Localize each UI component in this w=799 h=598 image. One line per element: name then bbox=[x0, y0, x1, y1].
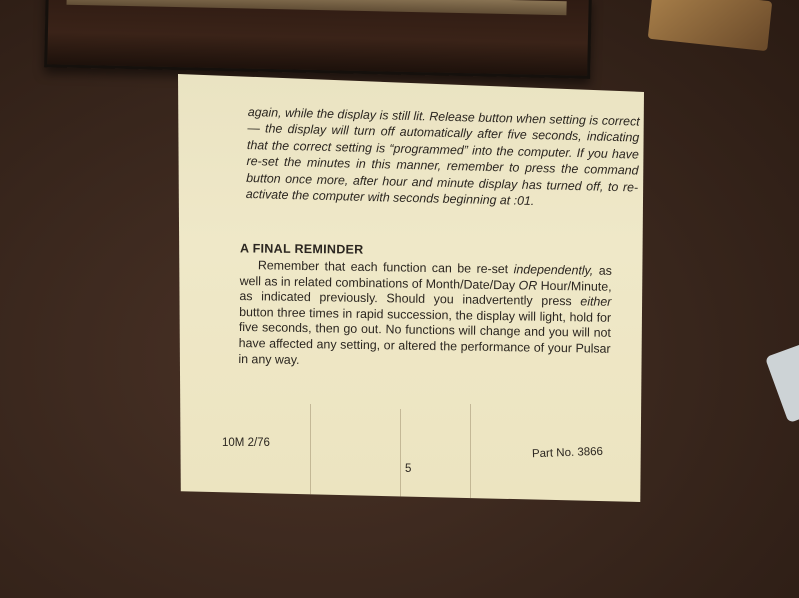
paper-crease bbox=[400, 409, 401, 502]
print-code: 10M 2/76 bbox=[222, 437, 270, 449]
paragraph-1: again, while the display is still lit. R… bbox=[246, 104, 640, 212]
page-number: 5 bbox=[405, 463, 411, 475]
emphasis-independently: independently, bbox=[514, 262, 594, 277]
watch-box bbox=[44, 0, 592, 79]
paragraph-2-text: button three times in rapid succession, … bbox=[238, 305, 611, 367]
wooden-block bbox=[648, 0, 773, 51]
paper-crease bbox=[310, 404, 311, 502]
emphasis-or: OR bbox=[519, 278, 538, 292]
continued-paragraph: again, while the display is still lit. R… bbox=[246, 104, 640, 212]
part-number: Part No. 3866 bbox=[532, 446, 603, 460]
emphasis-either: either bbox=[580, 295, 611, 309]
box-rim bbox=[67, 0, 567, 15]
section-heading: A FINAL REMINDER bbox=[240, 241, 364, 256]
final-reminder-paragraph: Remember that each function can be re-se… bbox=[238, 258, 612, 373]
paper-crease bbox=[470, 404, 471, 502]
card-edge bbox=[765, 337, 799, 423]
